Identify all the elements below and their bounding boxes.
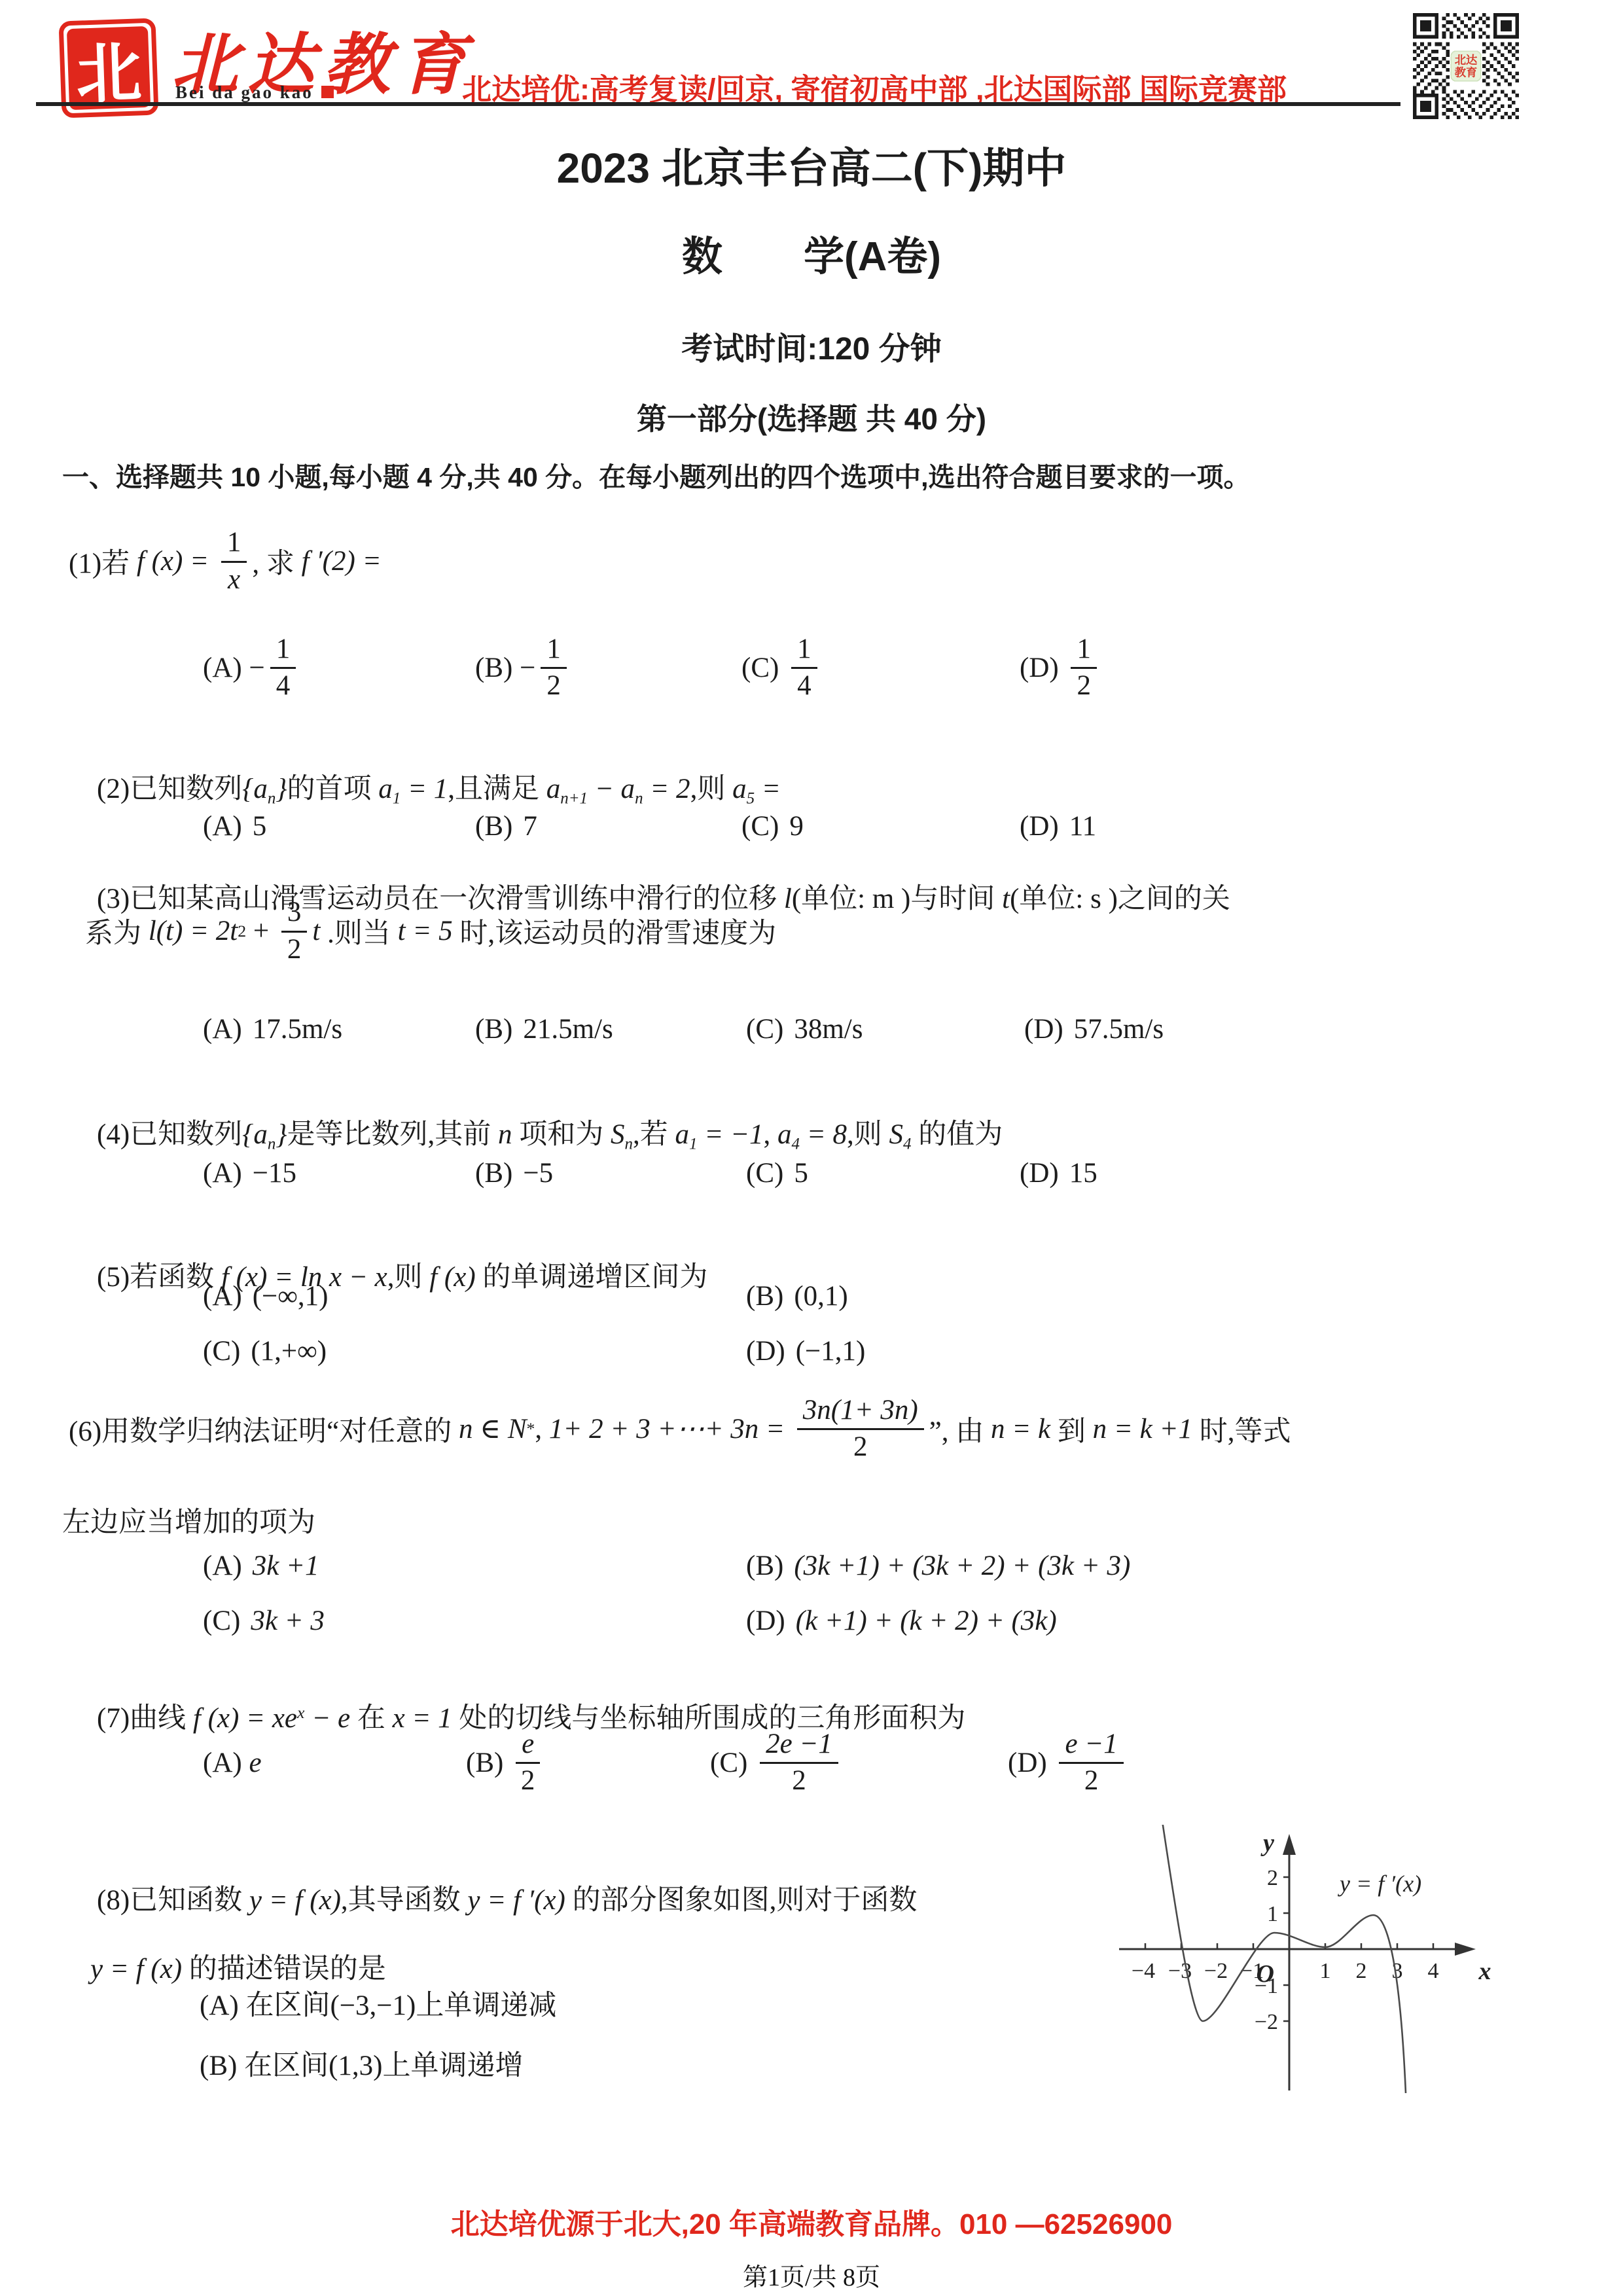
footer-slogan: 北达培优源于北大,20 年高端教育品牌。010 —62526900 [0, 2200, 1623, 2242]
q2-option-B: (B)7 [475, 810, 537, 842]
q7-option-A: (A) e [203, 1720, 262, 1805]
exam-page: 北 北达教育 Bei da gao kao 北达培优:高考复读/回京, 寄宿初高… [0, 0, 1623, 2296]
q6-option-A: (A)3k +1 [203, 1550, 319, 1582]
q3-option-C: (C)38m/s [746, 1013, 863, 1045]
qr-center-text-1: 北达 [1455, 54, 1478, 67]
x-axis-arrow [1455, 1943, 1476, 1956]
question-2-stem: (2)已知数列{an}的首项 a1 = 1,且满足 an+1 − an = 2,… [69, 734, 781, 840]
q1-option-D: (D) 12 [1020, 628, 1102, 707]
brand-subtitle: Bei da gao kao [175, 82, 334, 103]
question-3-stem-line2: 系为 l(t) = 2t2 + 32t .则当 t = 5 时,该运动员的滑雪速… [85, 890, 776, 972]
q4-option-C: (C)5 [746, 1157, 808, 1189]
q3-option-D: (D)57.5m/s [1024, 1013, 1164, 1045]
y-axis-label: y [1260, 1829, 1274, 1857]
svg-text:2: 2 [1267, 1866, 1278, 1890]
brand-subtitle-text: Bei da gao kao [175, 82, 313, 102]
section-rubric: 一、选择题共 10 小题,每小题 4 分,共 40 分。在每小题列出的四个选项中… [62, 456, 1251, 494]
question-5-stem: (5)若函数 f (x) = ln x − x,则 f (x) 的单调递增区间为 [69, 1223, 707, 1327]
curve-label: y = f ′(x) [1338, 1871, 1421, 1897]
svg-text:1: 1 [1267, 1902, 1278, 1926]
q1-option-A: (A) −14 [203, 628, 301, 707]
q6-option-B: (B)(3k +1) + (3k + 2) + (3k + 3) [746, 1550, 1130, 1582]
q1-text2: , 求 [252, 541, 301, 581]
q7-option-B: (B) e2 [466, 1720, 545, 1805]
y-axis-arrow [1283, 1834, 1296, 1855]
exam-duration: 考试时间:120 分钟 [0, 323, 1623, 368]
f-prime-curve [1162, 1825, 1406, 2093]
q4-option-D: (D)15 [1020, 1157, 1097, 1189]
q2-option-A: (A)5 [203, 810, 266, 842]
q8-option-A: (A) 在区间(−3,−1)上单调递减 [200, 1983, 556, 2023]
x-axis-label: x [1478, 1958, 1491, 1985]
page-number: 第1页/共 8页 [0, 2257, 1623, 2293]
exam-title: 2023 北京丰台高二(下)期中 [0, 135, 1623, 195]
q2-option-C: (C)9 [741, 810, 804, 842]
question-6-stem-line2: 左边应当增加的项为 [62, 1500, 315, 1540]
question-1-stem: (1)若 f (x) = 1x, 求 f ′(2) = [69, 520, 382, 602]
q7-option-D: (D) e −12 [1008, 1720, 1129, 1805]
header-divider [36, 102, 1400, 106]
q4-option-B: (B)−5 [475, 1157, 553, 1189]
q1-option-C: (C) 14 [741, 628, 823, 707]
brand-square-icon [321, 86, 334, 98]
svg-text:4: 4 [1428, 1959, 1439, 1983]
q2-option-D: (D)11 [1020, 810, 1096, 842]
q6-option-C: (C)3k + 3 [203, 1605, 325, 1637]
question-6-stem-line1: (6)用数学归纳法证明“对任意的 n ∈ N*, 1+ 2 + 3 +⋯+ 3n… [69, 1380, 1291, 1478]
q5-option-B: (B)(0,1) [746, 1280, 848, 1312]
q1-math2: f ′(2) = [302, 545, 382, 577]
q1-text: (1)若 [69, 541, 137, 581]
origin-label: O [1257, 1960, 1274, 1988]
x-tick-labels: −4 −3 −2 −1 1 2 3 4 [1132, 1959, 1439, 1983]
derivative-graph: −4 −3 −2 −1 1 2 3 4 2 1 −1 −2 O x y y = … [1109, 1825, 1502, 2094]
emphasized-wrong: 错误 [274, 1954, 330, 1984]
q1-fraction: 1x [221, 528, 247, 595]
part-heading: 第一部分(选择题 共 40 分) [0, 395, 1623, 439]
qr-code: 北达 教育 [1411, 13, 1521, 119]
q5-option-C: (C)(1,+∞) [203, 1335, 327, 1367]
q4-option-A: (A)−15 [203, 1157, 296, 1189]
q7-option-C: (C) 2e −12 [710, 1720, 844, 1805]
q5-option-A: (A)(−∞,1) [203, 1280, 329, 1312]
seal-glyph: 北 [67, 26, 151, 110]
subject-title: 数 学(A卷) [0, 224, 1623, 282]
svg-text:−4: −4 [1132, 1959, 1155, 1983]
svg-text:1: 1 [1320, 1959, 1331, 1983]
q3-option-A: (A)17.5m/s [203, 1013, 342, 1045]
q8-option-B: (B) 在区间(1,3)上单调递增 [200, 2043, 523, 2083]
svg-text:−2: −2 [1255, 2010, 1278, 2034]
svg-text:−2: −2 [1204, 1959, 1228, 1983]
svg-text:2: 2 [1356, 1959, 1367, 1983]
q5-option-D: (D)(−1,1) [746, 1335, 865, 1367]
qr-center-text-2: 教育 [1455, 66, 1478, 79]
q6-option-D: (D)(k +1) + (k + 2) + (3k) [746, 1605, 1057, 1637]
q1-option-B: (B) −12 [475, 628, 572, 707]
q3-option-B: (B)21.5m/s [475, 1013, 613, 1045]
q1-math: f (x) = [137, 545, 216, 577]
